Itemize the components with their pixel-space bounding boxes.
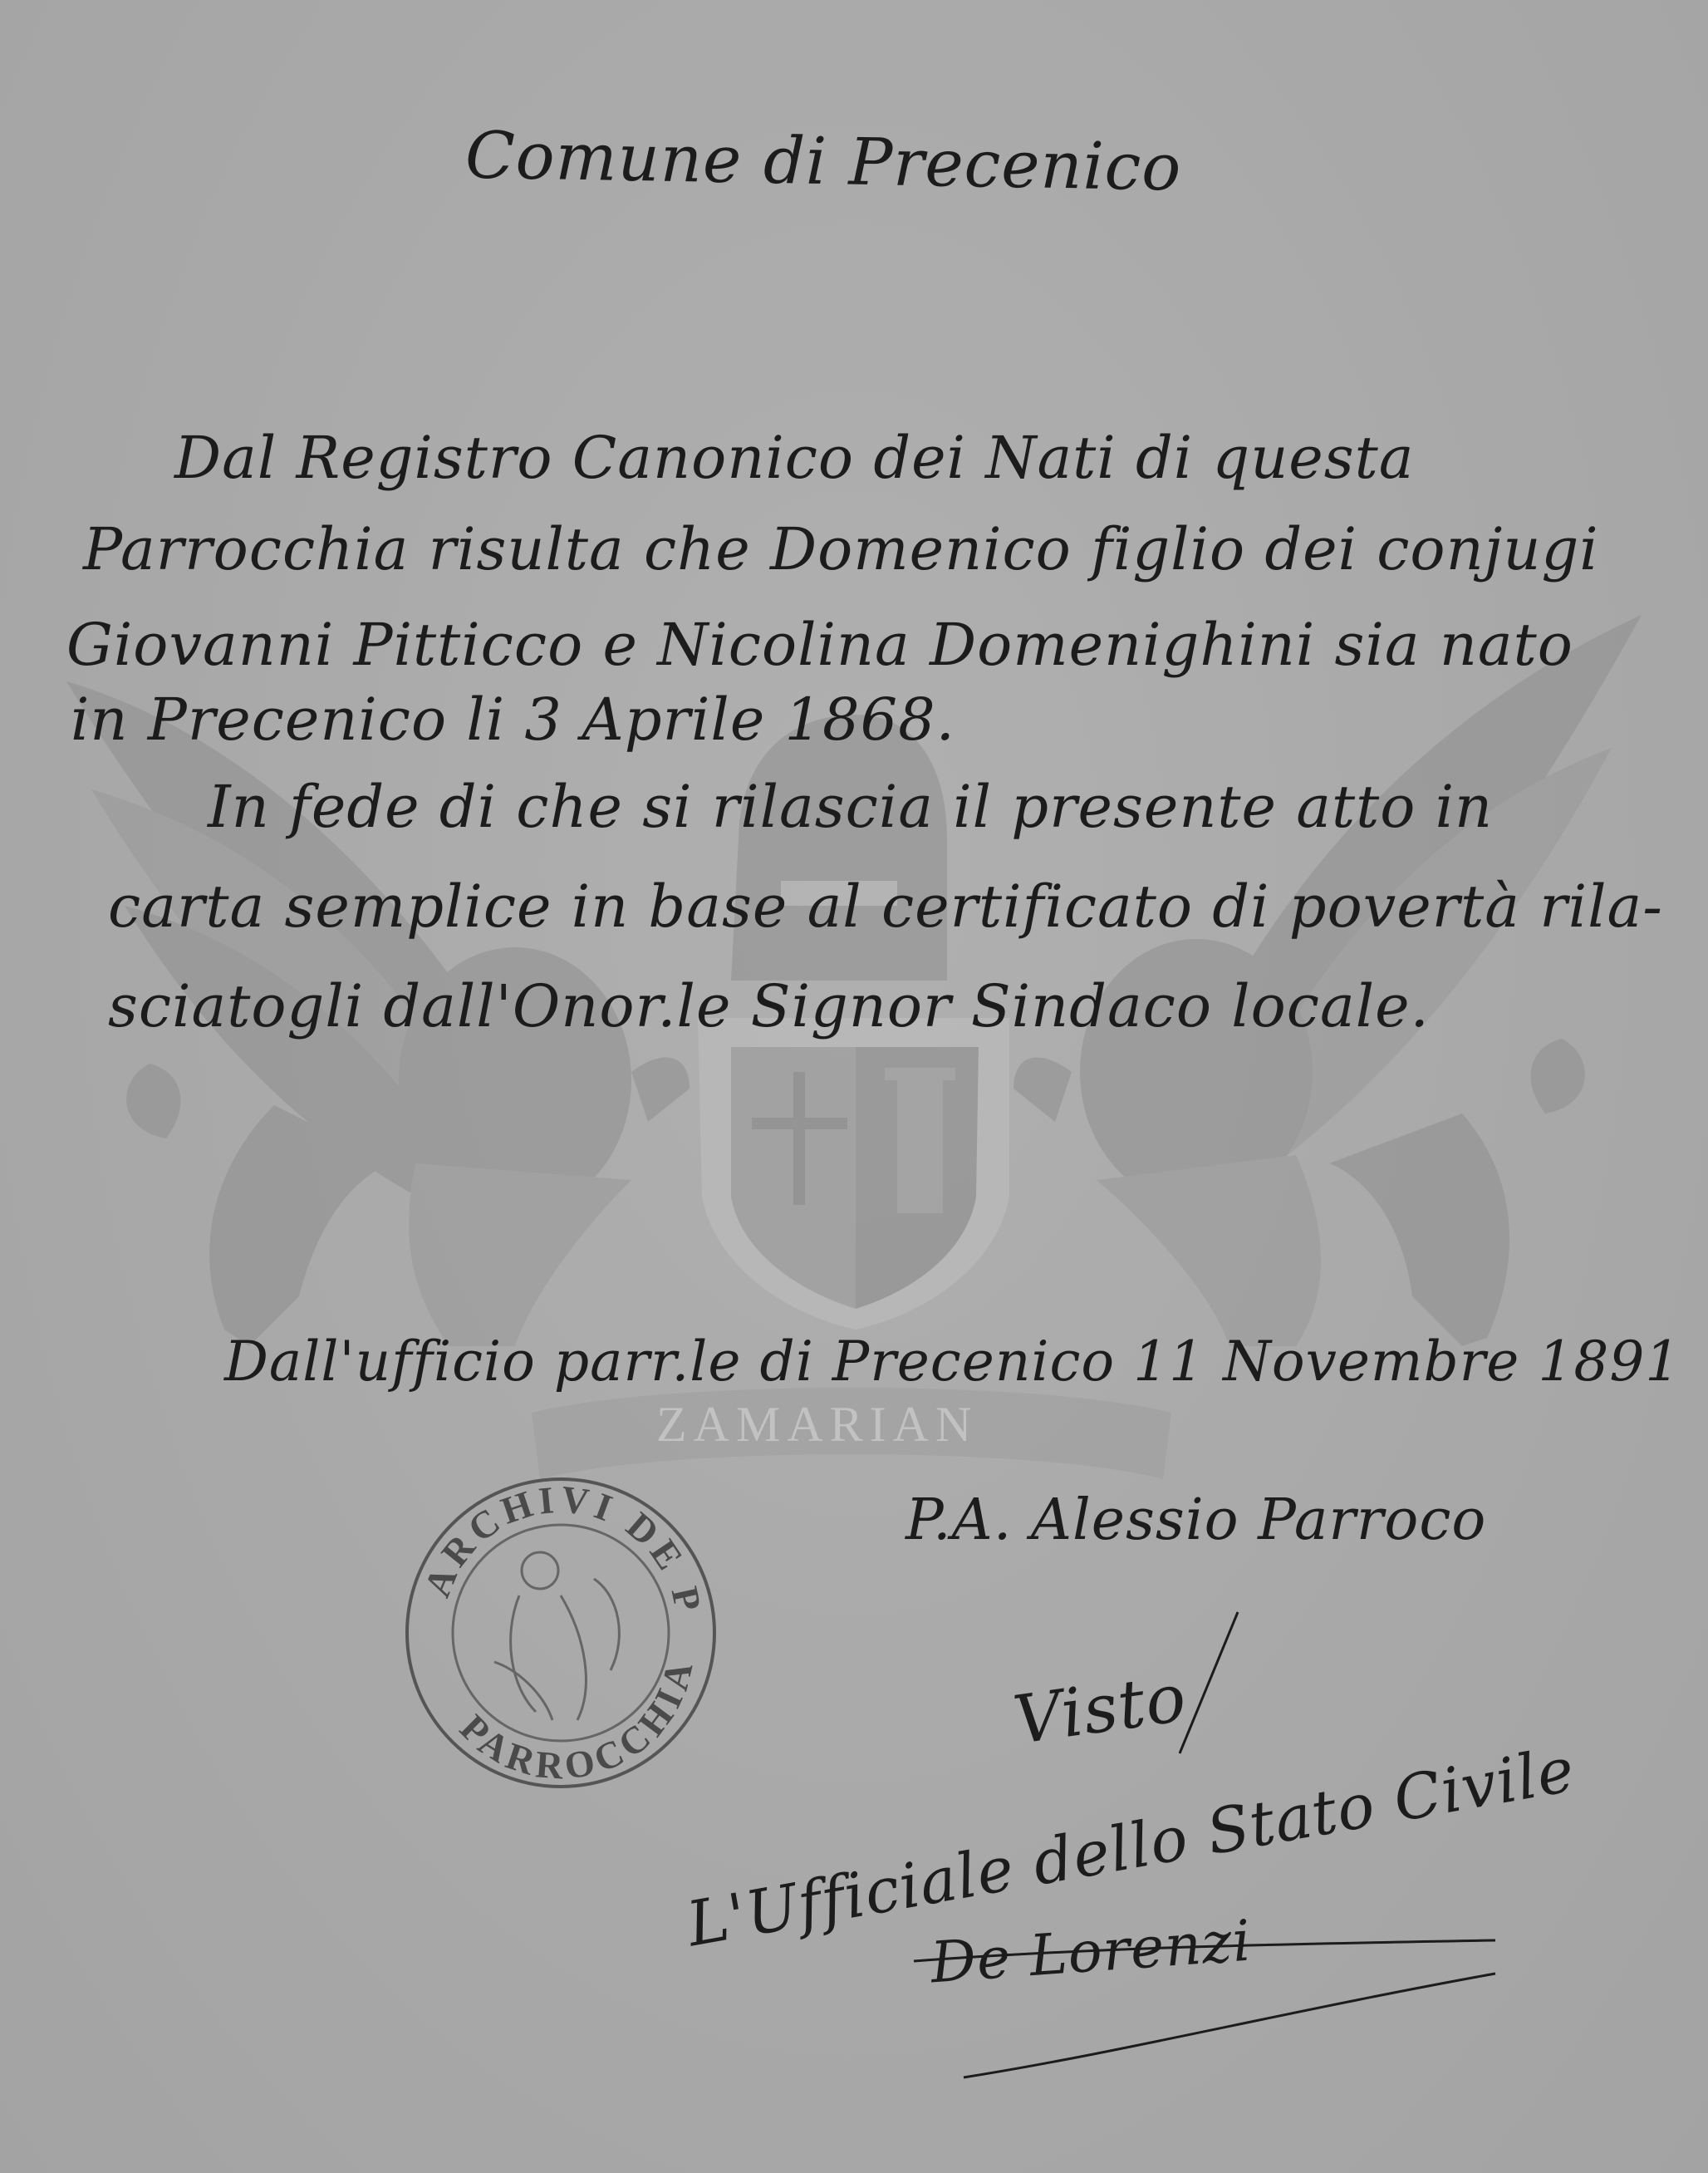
stamp-top-text: ARCHIVI DE PREC (395, 1454, 710, 1620)
coat-of-arms-watermark (0, 0, 1708, 2173)
stamp-bottom-text: PARROCCHIA (452, 1653, 702, 1787)
saint-figure-icon (494, 1552, 619, 1720)
body-line-2: Parrocchia risulta che Domenico figlio d… (83, 515, 1599, 583)
issue-date-line: Dall'ufficio parr.le di Precenico 11 Nov… (224, 1330, 1681, 1394)
body-line-4: in Precenico li 3 Aprile 1868. (71, 686, 955, 754)
cross-icon (793, 1072, 805, 1205)
body-line-6: carta semplice in base al certificato di… (108, 873, 1663, 941)
parish-priest-signature: P.A. Alessio Parroco (906, 1487, 1486, 1553)
parish-stamp: ARCHIVI DE PREC PARROCCHIA (395, 1454, 727, 1803)
body-line-7: sciatogli dall'Onor.le Signor Sindaco lo… (108, 972, 1430, 1040)
shield-icon (698, 1018, 1009, 1330)
body-line-1: Dal Registro Canonico dei Nati di questa (174, 424, 1415, 492)
body-line-5: In fede di che si rilascia il presente a… (208, 773, 1493, 841)
ribbon-watermark-text: ZAMARIAN (656, 1396, 978, 1453)
column-icon (897, 1072, 943, 1213)
document-title: Comune di Precenico (464, 118, 1182, 205)
body-line-3: Giovanni Pitticco e Nicolina Domenighini… (66, 611, 1573, 679)
knight-helmet-icon (731, 715, 947, 981)
